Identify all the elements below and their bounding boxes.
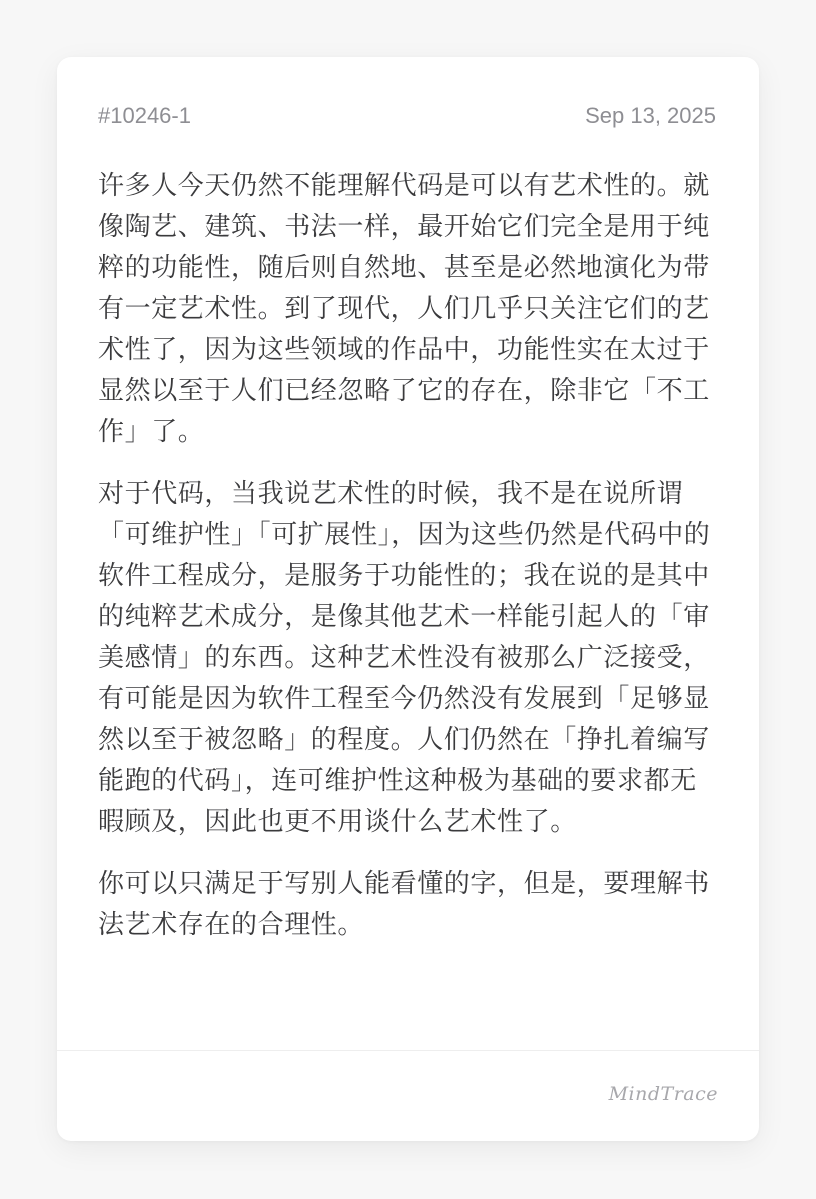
paragraph: 你可以只满足于写别人能看懂的字，但是，要理解书法艺术存在的合理性。 [98,864,720,946]
footer-divider [57,1050,759,1051]
note-body: 许多人今天仍然不能理解代码是可以有艺术性的。就像陶艺、建筑、书法一样，最开始它们… [98,166,720,967]
note-meta: #10246-1 Sep 13, 2025 [98,101,716,131]
note-id: #10246-1 [98,101,191,131]
note-date: Sep 13, 2025 [585,101,716,131]
note-card: #10246-1 Sep 13, 2025 许多人今天仍然不能理解代码是可以有艺… [57,57,759,1141]
brand-watermark: MindTrace [609,1083,718,1105]
paragraph: 许多人今天仍然不能理解代码是可以有艺术性的。就像陶艺、建筑、书法一样，最开始它们… [98,166,720,453]
paragraph: 对于代码，当我说艺术性的时候，我不是在说所谓「可维护性」「可扩展性」，因为这些仍… [98,474,720,843]
